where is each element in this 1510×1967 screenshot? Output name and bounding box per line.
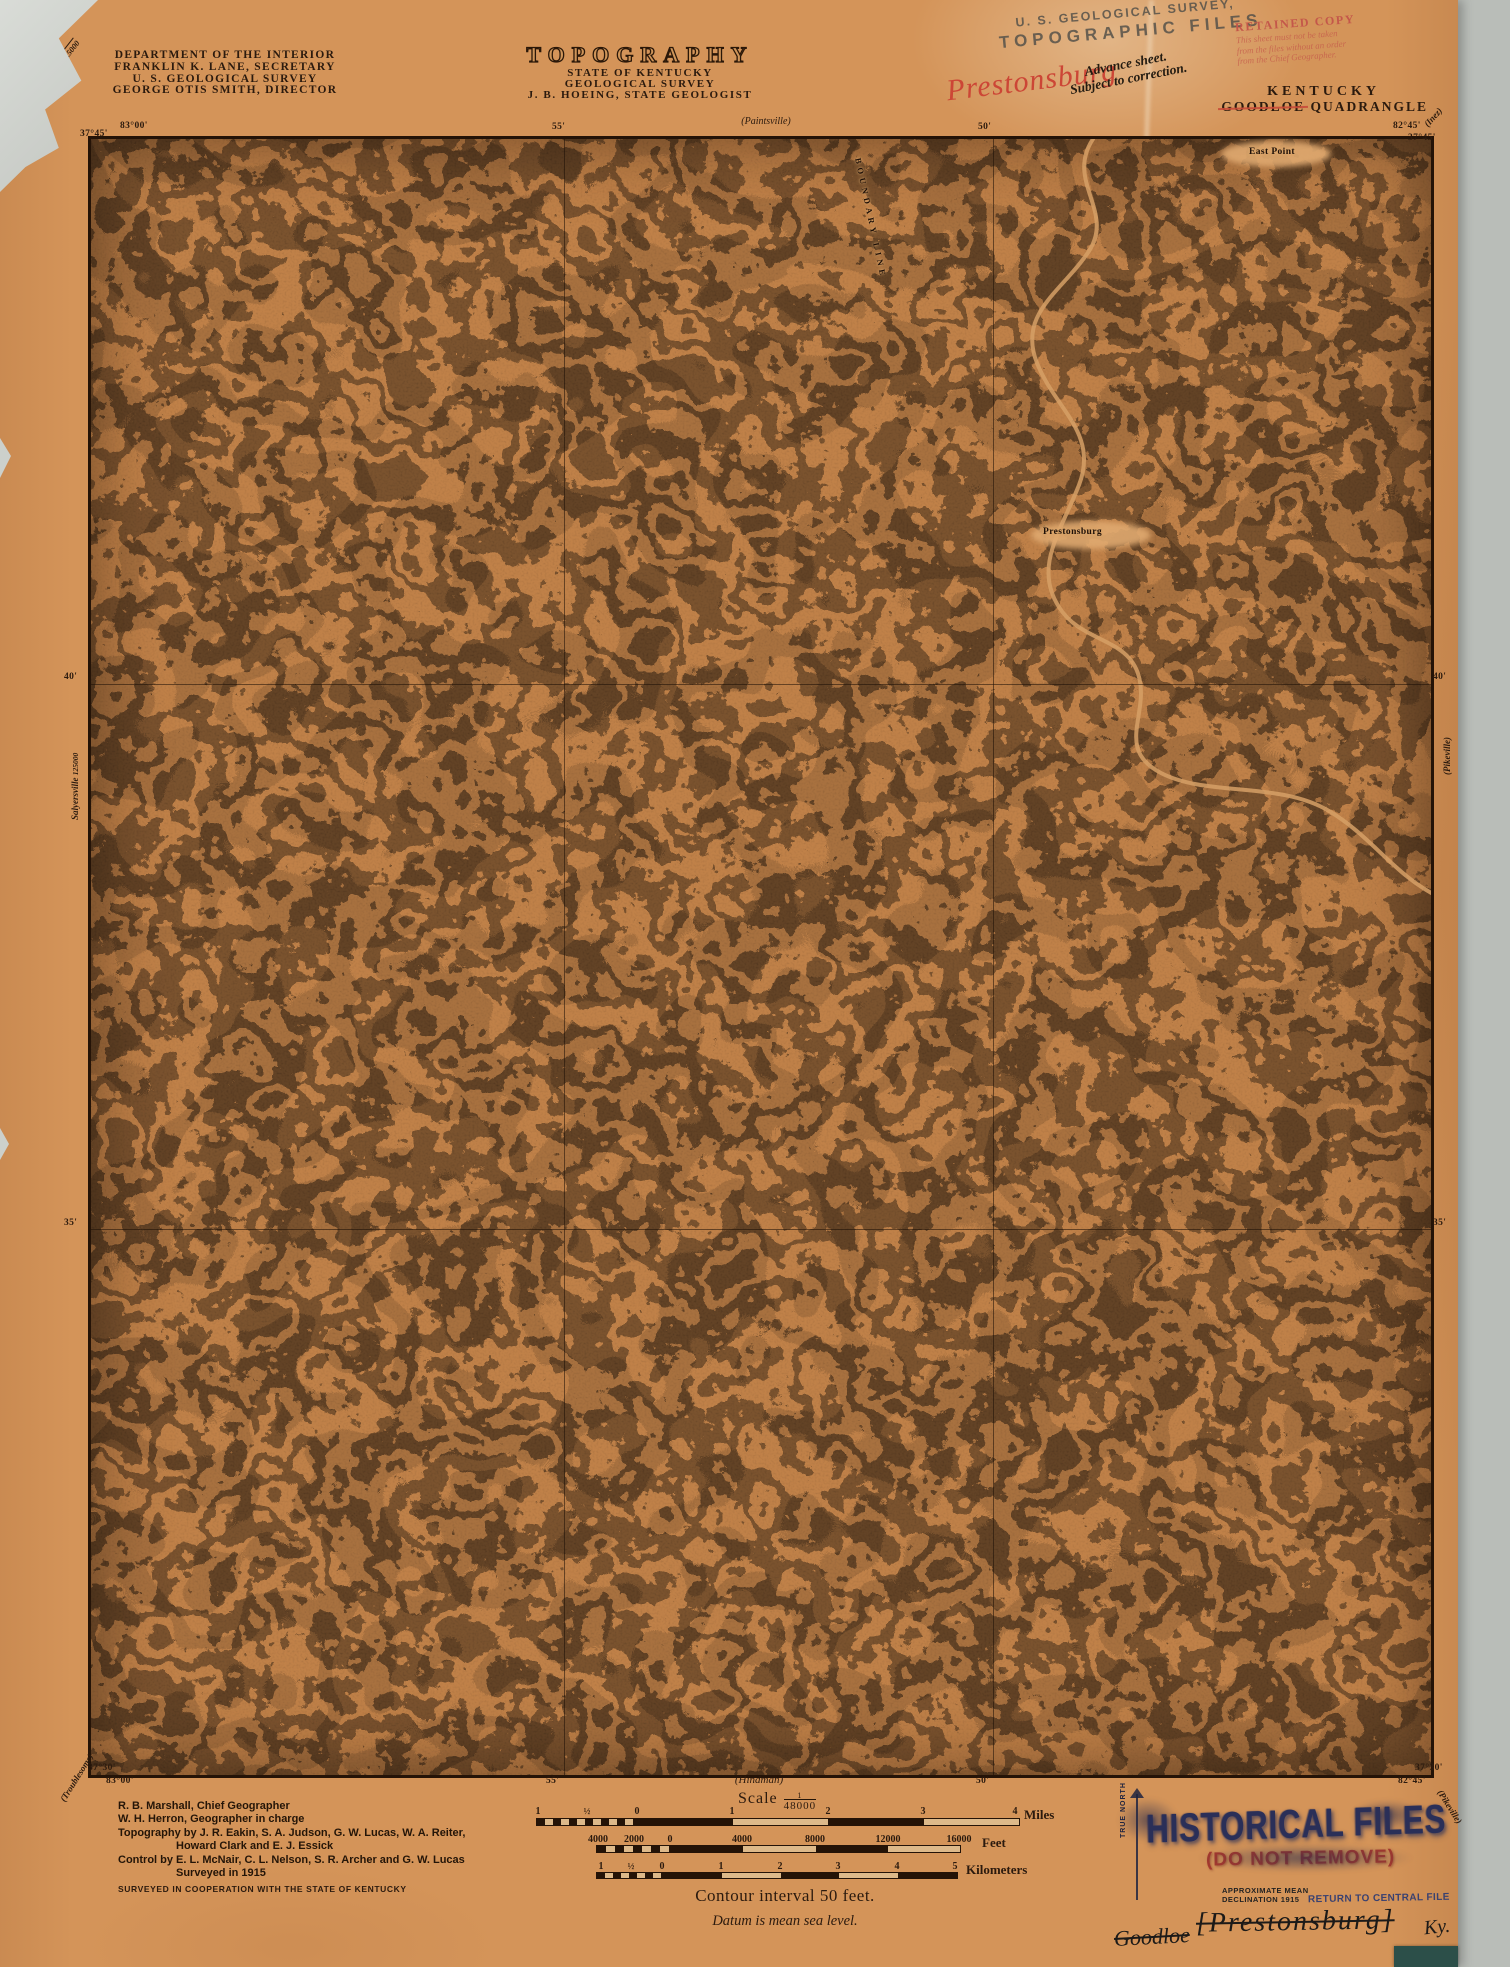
scale-tick: 0 xyxy=(635,1806,640,1817)
topographic-files-stamp: U. S. GEOLOGICAL SURVEY, TOPOGRAPHIC FIL… xyxy=(997,0,1255,53)
adjacent-quad-west-name: Salyersville xyxy=(70,778,80,821)
grid-meridian xyxy=(993,139,994,1775)
agency-line: GEORGE OTIS SMITH, DIRECTOR xyxy=(58,85,392,97)
paper-nick xyxy=(0,438,11,478)
scale-tick: 2000 xyxy=(624,1834,644,1845)
scale-tick: 4 xyxy=(895,1861,900,1872)
ink-smudge xyxy=(1198,1844,1413,1872)
series-line: J. B. HOEING, STATE GEOLOGIST xyxy=(478,90,802,101)
scale-unit: Kilometers xyxy=(966,1862,1027,1878)
agency-line: FRANKLIN K. LANE, SECRETARY xyxy=(58,62,392,74)
corner-lat-se: 37°30' xyxy=(1415,1763,1443,1773)
declination-note: APPROXIMATE MEAN DECLINATION 1915 xyxy=(1222,1887,1309,1904)
scale-numerator: 1 xyxy=(784,1792,817,1799)
credit-line: Surveyed in 1915 xyxy=(176,1867,465,1880)
scale-unit: Miles xyxy=(1024,1807,1054,1823)
scale-bar-miles: 1 ½ 0 1 2 3 4 Miles xyxy=(536,1806,1076,1830)
tick-bottom-50: 50' xyxy=(976,1776,989,1786)
adjacent-quad-south: (Hindman) xyxy=(704,1774,814,1786)
scale-tick: 0 xyxy=(668,1834,673,1845)
credits-block: R. B. Marshall, Chief Geographer W. H. H… xyxy=(118,1800,465,1880)
scanner-artifact xyxy=(1394,1946,1458,1967)
corner-lat-nw: 37°45' xyxy=(80,129,108,139)
handwritten-state-abbrev: Ky. xyxy=(1423,1915,1451,1941)
paper-nick xyxy=(0,1128,9,1160)
quad-suffix: QUADRANGLE xyxy=(1310,99,1428,114)
return-to-central-file-stamp: RETURN TO CENTRAL FILE xyxy=(1308,1892,1450,1905)
scale-tick: ½ xyxy=(584,1806,591,1816)
scale-tick: 8000 xyxy=(805,1834,825,1845)
agency-block: DEPARTMENT OF THE INTERIOR FRANKLIN K. L… xyxy=(58,50,392,97)
scale-word: Scale xyxy=(738,1790,778,1807)
scale-tick: 1 xyxy=(536,1806,541,1817)
map-label-prestonsburg: Prestonsburg xyxy=(1043,527,1102,537)
sheet-title: TOPOGRAPHY xyxy=(478,42,802,68)
scale-tick: 3 xyxy=(921,1806,926,1817)
scanned-topo-map-sheet: DEPARTMENT OF THE INTERIOR FRANKLIN K. L… xyxy=(0,0,1510,1967)
scale-tick: 3 xyxy=(836,1861,841,1872)
datum-note: Datum is mean sea level. xyxy=(640,1913,930,1930)
scale-tick: 5 xyxy=(953,1861,958,1872)
scale-bar-graphic xyxy=(536,1818,1020,1826)
handwritten-old-quad-name: Goodloe xyxy=(1113,1922,1190,1952)
corner-lon-nw: 83°00' xyxy=(120,121,148,131)
quad-name-struck: GOODLOE xyxy=(1221,99,1305,114)
tick-right-35: 35' xyxy=(1433,1218,1446,1228)
corner-lon-ne: 82°45' xyxy=(1393,121,1421,131)
scale-bar-kilometers: 1 ½ 0 1 2 3 4 5 Kilometers xyxy=(596,1861,1036,1885)
declination-line: DECLINATION 1915 xyxy=(1222,1896,1309,1905)
quadrangle-title-block: KENTUCKY GOODLOE QUADRANGLE xyxy=(1100,84,1428,114)
tick-left-35: 35' xyxy=(64,1218,77,1228)
scale-tick: 2 xyxy=(826,1806,831,1817)
grid-parallel xyxy=(91,684,1431,685)
corner-lon-se: 82°45' xyxy=(1398,1776,1426,1786)
scale-tick: 4000 xyxy=(588,1834,608,1845)
adjacent-quad-north: (Paintsville) xyxy=(704,116,828,127)
contour-interval-note: Contour interval 50 feet. xyxy=(640,1886,930,1906)
scale-bar-graphic xyxy=(596,1872,958,1879)
map-paper: DEPARTMENT OF THE INTERIOR FRANKLIN K. L… xyxy=(0,0,1458,1967)
credit-line: Howard Clark and E. J. Essick xyxy=(176,1840,465,1853)
scale-unit: Feet xyxy=(982,1835,1006,1851)
scale-tick: 2 xyxy=(778,1861,783,1872)
corner-lat-ne: 37°45' xyxy=(1408,133,1436,143)
scale-bar-graphic xyxy=(596,1845,961,1853)
tick-bottom-55: 55' xyxy=(546,1776,559,1786)
scale-tick: 16000 xyxy=(947,1834,972,1845)
scale-bar-feet: 4000 2000 0 4000 8000 12000 16000 Feet xyxy=(596,1834,1036,1858)
credit-line: Control by E. L. McNair, C. L. Nelson, S… xyxy=(118,1854,465,1867)
scale-tick: 1 xyxy=(599,1861,604,1872)
handwritten-new-quad-name: [Prestonsburg] xyxy=(1196,1904,1395,1939)
corner-lat-sw: 37°30' xyxy=(88,1763,116,1773)
scale-tick: ½ xyxy=(628,1861,635,1871)
grid-meridian xyxy=(564,139,565,1775)
credit-line: R. B. Marshall, Chief Geographer xyxy=(118,1800,465,1813)
credit-line: W. H. Herron, Geographer in charge xyxy=(118,1813,465,1826)
scale-tick: 12000 xyxy=(876,1834,901,1845)
adjacent-quad-east: (Pikeville) xyxy=(1442,737,1452,775)
scale-tick: 4000 xyxy=(732,1834,752,1845)
grid-parallel xyxy=(91,1229,1431,1230)
corner-lon-sw: 83°00' xyxy=(106,1776,134,1786)
scale-tick: 4 xyxy=(1013,1806,1018,1817)
credit-line: Topography by J. R. Eakin, S. A. Judson,… xyxy=(118,1827,465,1840)
scale-tick: 1 xyxy=(719,1861,724,1872)
tick-right-40: 40' xyxy=(1433,672,1446,682)
river-levisa-fork xyxy=(91,139,1431,1775)
series-title-block: TOPOGRAPHY STATE OF KENTUCKY GEOLOGICAL … xyxy=(478,42,802,102)
scale-tick: 1 xyxy=(730,1806,735,1817)
tick-top-50: 50' xyxy=(978,122,991,132)
scale-tick: 0 xyxy=(660,1861,665,1872)
tick-left-40: 40' xyxy=(64,672,77,682)
adjacent-quad-west-scale: 125000 xyxy=(71,753,80,776)
adjacent-quad-west: Salyersville 125000 xyxy=(70,753,80,820)
cooperation-note: SURVEYED IN COOPERATION WITH THE STATE O… xyxy=(118,1884,407,1894)
state-label: KENTUCKY xyxy=(1100,84,1428,99)
topographic-map-body: East Point Prestonsburg BOUNDARY LINE xyxy=(88,136,1434,1778)
tick-top-55: 55' xyxy=(552,122,565,132)
quadrangle-label: GOODLOE QUADRANGLE xyxy=(1100,99,1428,114)
map-label-east-point: East Point xyxy=(1249,147,1295,157)
